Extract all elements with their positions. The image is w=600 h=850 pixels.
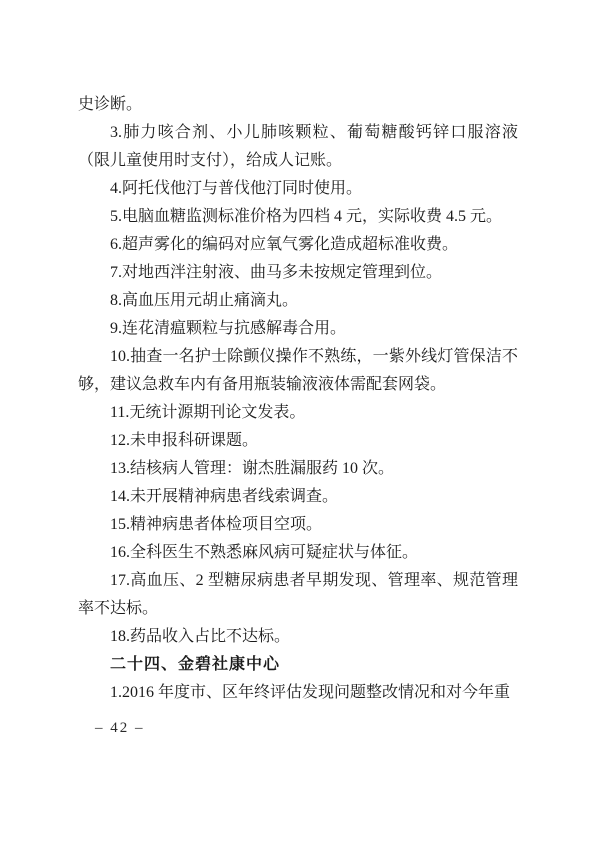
paragraph: 11.无统计源期刊论文发表。 (78, 399, 518, 427)
paragraph: 7.对地西泮注射液、曲马多未按规定管理到位。 (78, 259, 518, 287)
document-body: 史诊断。3.肺力咳合剂、小儿肺咳颗粒、葡萄糖酸钙锌口服溶液（限儿童使用时支付），… (78, 91, 518, 707)
paragraph: 13.结核病人管理：谢杰胜漏服药 10 次。 (78, 455, 518, 483)
document-page: 史诊断。3.肺力咳合剂、小儿肺咳颗粒、葡萄糖酸钙锌口服溶液（限儿童使用时支付），… (0, 0, 600, 850)
paragraph: 12.未申报科研课题。 (78, 427, 518, 455)
paragraph: 3.肺力咳合剂、小儿肺咳颗粒、葡萄糖酸钙锌口服溶液（限儿童使用时支付），给成人记… (78, 119, 518, 175)
paragraph: 14.未开展精神病患者线索调查。 (78, 483, 518, 511)
paragraph: 4.阿托伐他汀与普伐他汀同时使用。 (78, 175, 518, 203)
paragraph: 史诊断。 (78, 91, 518, 119)
paragraph: 18.药品收入占比不达标。 (78, 623, 518, 651)
paragraph: 9.连花清瘟颗粒与抗感解毒合用。 (78, 315, 518, 343)
paragraph: 6.超声雾化的编码对应氧气雾化造成超标准收费。 (78, 231, 518, 259)
paragraph: 1.2016 年度市、区年终评估发现问题整改情况和对今年重 (78, 679, 518, 707)
paragraph: 10.抽查一名护士除颤仪操作不熟练，一紫外线灯管保洁不够，建议急救车内有备用瓶装… (78, 343, 518, 399)
page-number: – 42 – (95, 720, 145, 737)
paragraph: 5.电脑血糖监测标准价格为四档 4 元，实际收费 4.5 元。 (78, 203, 518, 231)
section-heading: 二十四、金碧社康中心 (78, 651, 518, 679)
paragraph: 8.高血压用元胡止痛滴丸。 (78, 287, 518, 315)
paragraph: 15.精神病患者体检项目空项。 (78, 511, 518, 539)
paragraph: 17.高血压、2 型糖尿病患者早期发现、管理率、规范管理率不达标。 (78, 567, 518, 623)
paragraph: 16.全科医生不熟悉麻风病可疑症状与体征。 (78, 539, 518, 567)
